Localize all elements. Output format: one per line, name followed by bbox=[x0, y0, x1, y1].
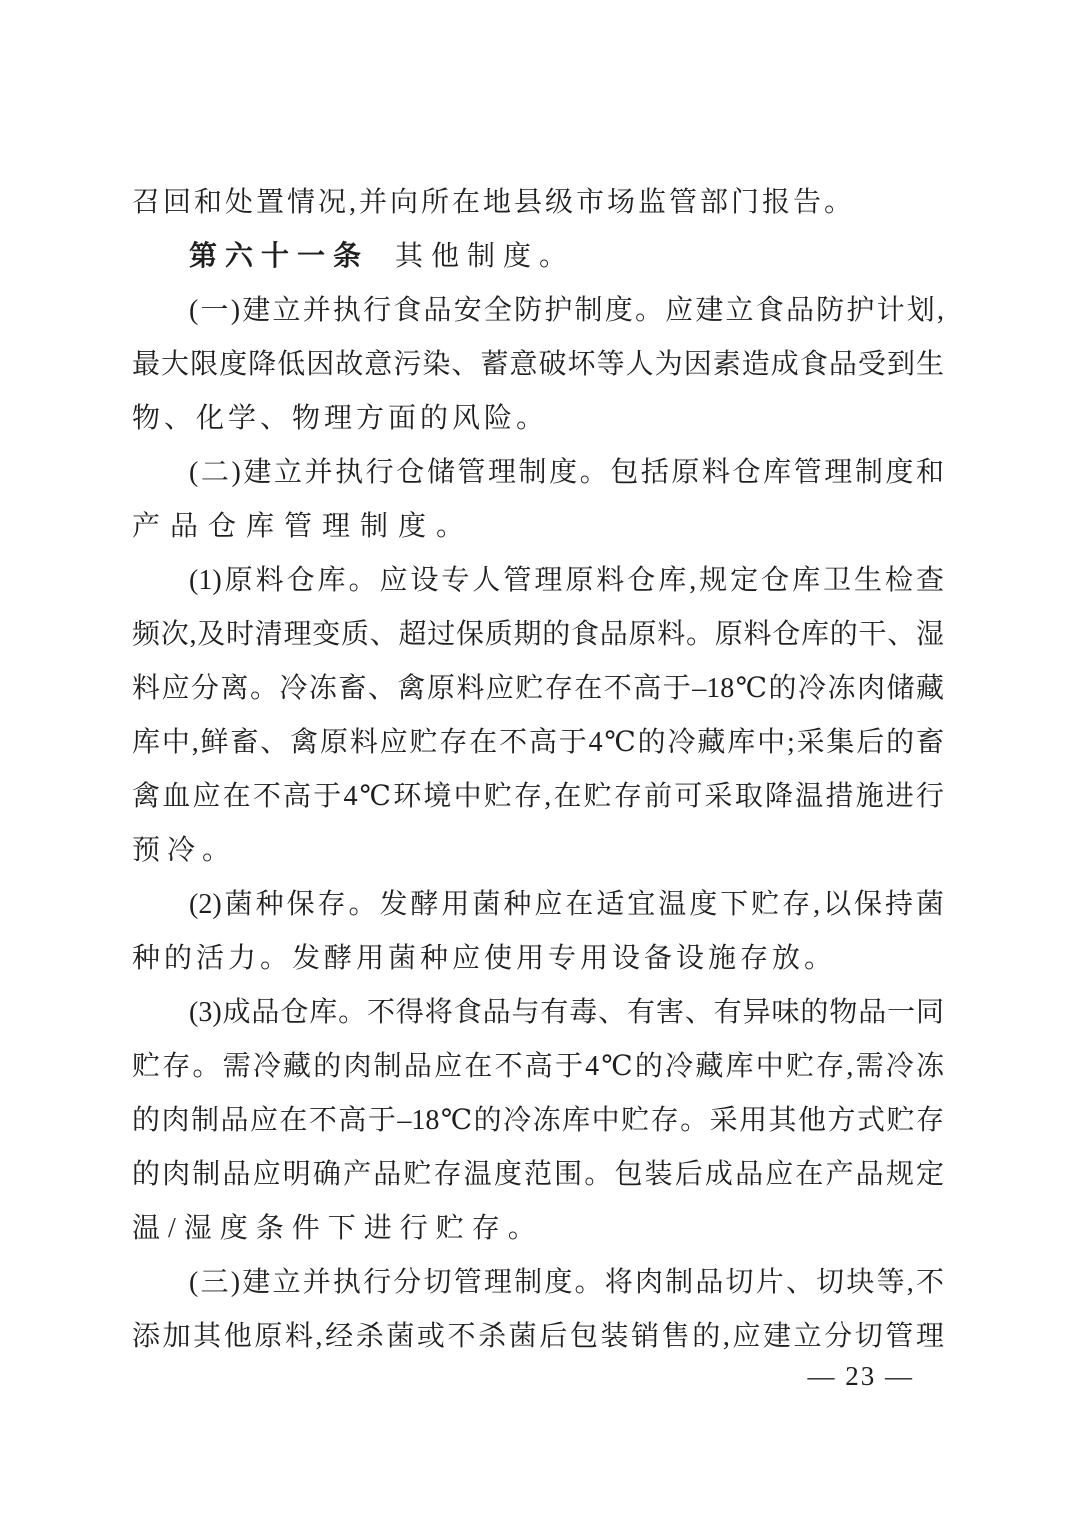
article-heading: 第六十一条其他制度。 bbox=[132, 230, 944, 284]
page-number: — 23 — bbox=[132, 1356, 944, 1396]
body-line: 的肉制品应明确产品贮存温度范围。包装后成品应在产品规定 bbox=[132, 1148, 944, 1202]
body-line: (一)建立并执行食品安全防护制度。应建立食品防护计划, bbox=[132, 284, 944, 338]
body-line: 频次,及时清理变质、超过保质期的食品原料。原料仓库的干、湿 bbox=[132, 608, 944, 662]
body-line: 最大限度降低因故意污染、蓄意破坏等人为因素造成食品受到生 bbox=[132, 338, 944, 392]
document-page: 召回和处置情况,并向所在地县级市场监管部门报告。 第六十一条其他制度。 (一)建… bbox=[0, 0, 1074, 1520]
body-line: 料应分离。冷冻畜、禽原料应贮存在不高于–18℃的冷冻肉储藏 bbox=[132, 662, 944, 716]
body-line: 种的活力。发酵用菌种应使用专用设备设施存放。 bbox=[132, 932, 944, 986]
body-line: (二)建立并执行仓储管理制度。包括原料仓库管理制度和 bbox=[132, 446, 944, 500]
body-line: (三)建立并执行分切管理制度。将肉制品切片、切块等,不 bbox=[132, 1256, 944, 1310]
body-line: (1)原料仓库。应设专人管理原料仓库,规定仓库卫生检查 bbox=[132, 554, 944, 608]
body-line: (2)菌种保存。发酵用菌种应在适宜温度下贮存,以保持菌 bbox=[132, 878, 944, 932]
document-body: 召回和处置情况,并向所在地县级市场监管部门报告。 第六十一条其他制度。 (一)建… bbox=[132, 176, 944, 1364]
body-line: 产品仓库管理制度。 bbox=[132, 500, 944, 554]
body-line: 召回和处置情况,并向所在地县级市场监管部门报告。 bbox=[132, 176, 944, 230]
body-line: 库中,鲜畜、禽原料应贮存在不高于4℃的冷藏库中;采集后的畜 bbox=[132, 716, 944, 770]
body-line: 物、化学、物理方面的风险。 bbox=[132, 392, 944, 446]
article-title: 其他制度。 bbox=[395, 241, 575, 272]
article-number: 第六十一条 bbox=[189, 241, 369, 272]
body-line: 温/湿度条件下进行贮存。 bbox=[132, 1202, 944, 1256]
body-line: 禽血应在不高于4℃环境中贮存,在贮存前可采取降温措施进行 bbox=[132, 770, 944, 824]
body-line: 贮存。需冷藏的肉制品应在不高于4℃的冷藏库中贮存,需冷冻 bbox=[132, 1040, 944, 1094]
body-line: (3)成品仓库。不得将食品与有毒、有害、有异味的物品一同 bbox=[132, 986, 944, 1040]
body-line: 的肉制品应在不高于–18℃的冷冻库中贮存。采用其他方式贮存 bbox=[132, 1094, 944, 1148]
body-line: 预冷。 bbox=[132, 824, 944, 878]
